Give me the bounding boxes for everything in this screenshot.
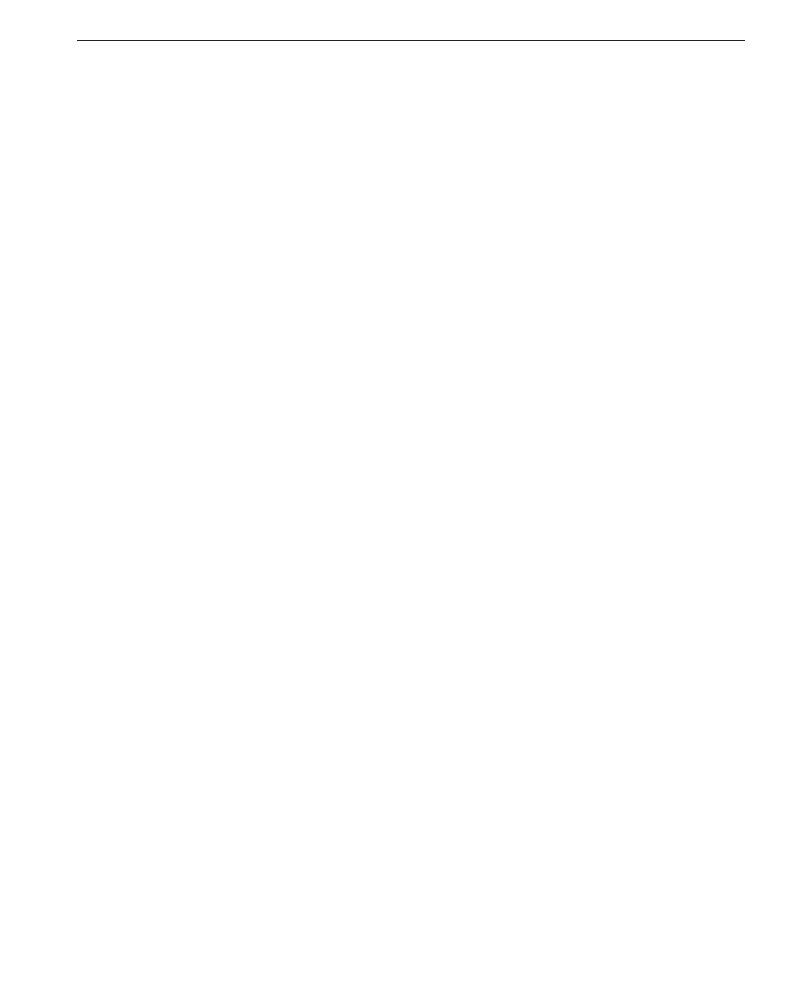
header-rule [77, 40, 745, 41]
